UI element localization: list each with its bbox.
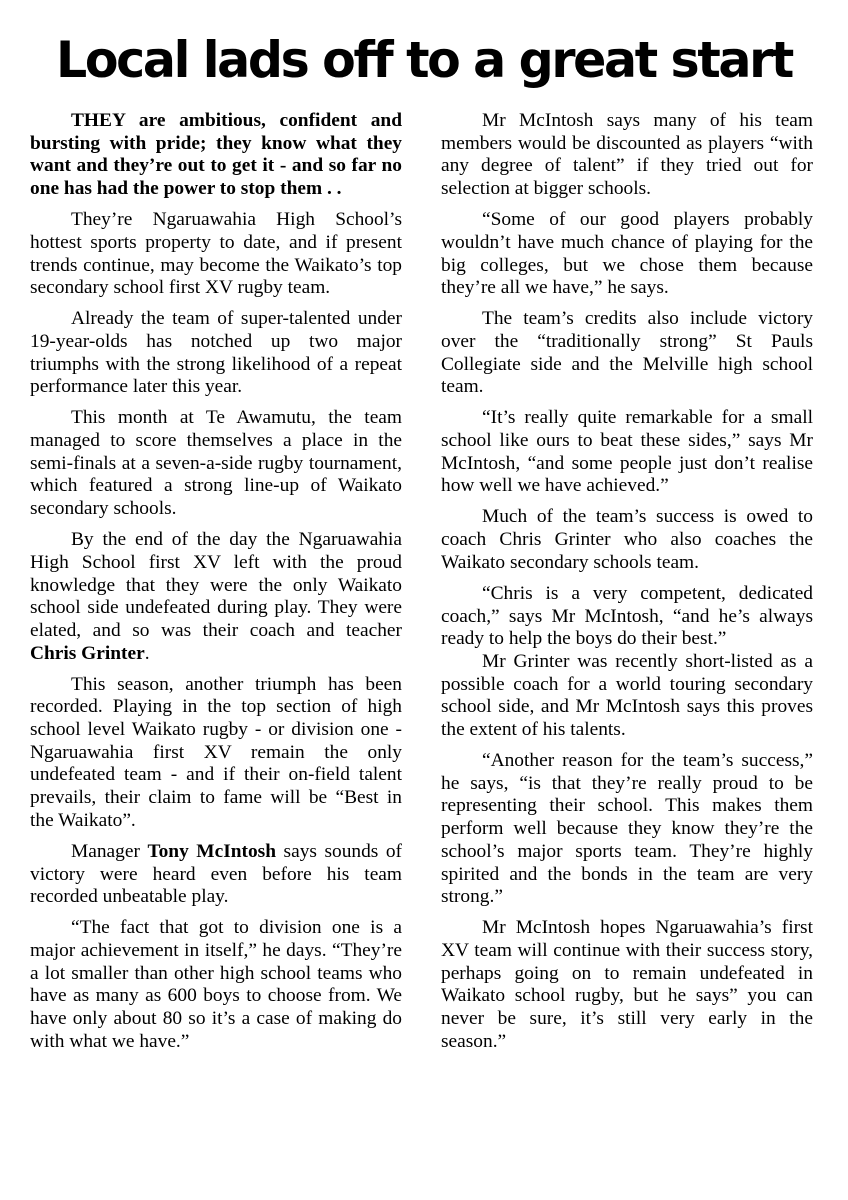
lead-paragraph: THEY are ambitious, confident and bursti…	[30, 110, 402, 201]
paragraph-text: .	[145, 643, 150, 664]
body-paragraph: “Another reason for the team’s success,”…	[441, 750, 813, 909]
body-paragraph: “Chris is a very competent, dedicated co…	[441, 583, 813, 651]
body-paragraph: Mr McIntosh says many of his team member…	[441, 110, 813, 201]
body-paragraph: “Some of our good players probably would…	[441, 209, 813, 300]
body-paragraph: The team’s credits also include victory …	[441, 308, 813, 399]
article-column-left: THEY are ambitious, confident and bursti…	[30, 110, 402, 1062]
body-paragraph: Much of the team’s success is owed to co…	[441, 506, 813, 574]
article-column-right: Mr McIntosh says many of his team member…	[441, 110, 813, 1062]
body-paragraph: Mr McIntosh hopes Ngaruawahia’s first XV…	[441, 917, 813, 1053]
body-paragraph: This season, another triumph has been re…	[30, 674, 402, 833]
body-paragraph: They’re Ngaruawahia High School’s hottes…	[30, 209, 402, 300]
body-paragraph: Mr Grinter was recently short-listed as …	[441, 651, 813, 742]
body-paragraph: “It’s really quite remarkable for a smal…	[441, 407, 813, 498]
body-paragraph: Already the team of super-talented under…	[30, 308, 402, 399]
body-paragraph: This month at Te Awamutu, the team manag…	[30, 407, 402, 521]
body-paragraph: Manager Tony McIntosh says sounds of vic…	[30, 841, 402, 909]
manager-name: Tony McIntosh	[147, 841, 276, 862]
article-headline: Local lads off to a great start	[8, 22, 839, 98]
body-paragraph: By the end of the day the Ngaruawahia Hi…	[30, 529, 402, 665]
coach-name: Chris Grinter	[30, 643, 145, 664]
paragraph-text: Manager	[71, 841, 147, 862]
body-paragraph: “The fact that got to division one is a …	[30, 917, 402, 1053]
paragraph-text: By the end of the day the Ngaruawahia Hi…	[30, 529, 402, 641]
